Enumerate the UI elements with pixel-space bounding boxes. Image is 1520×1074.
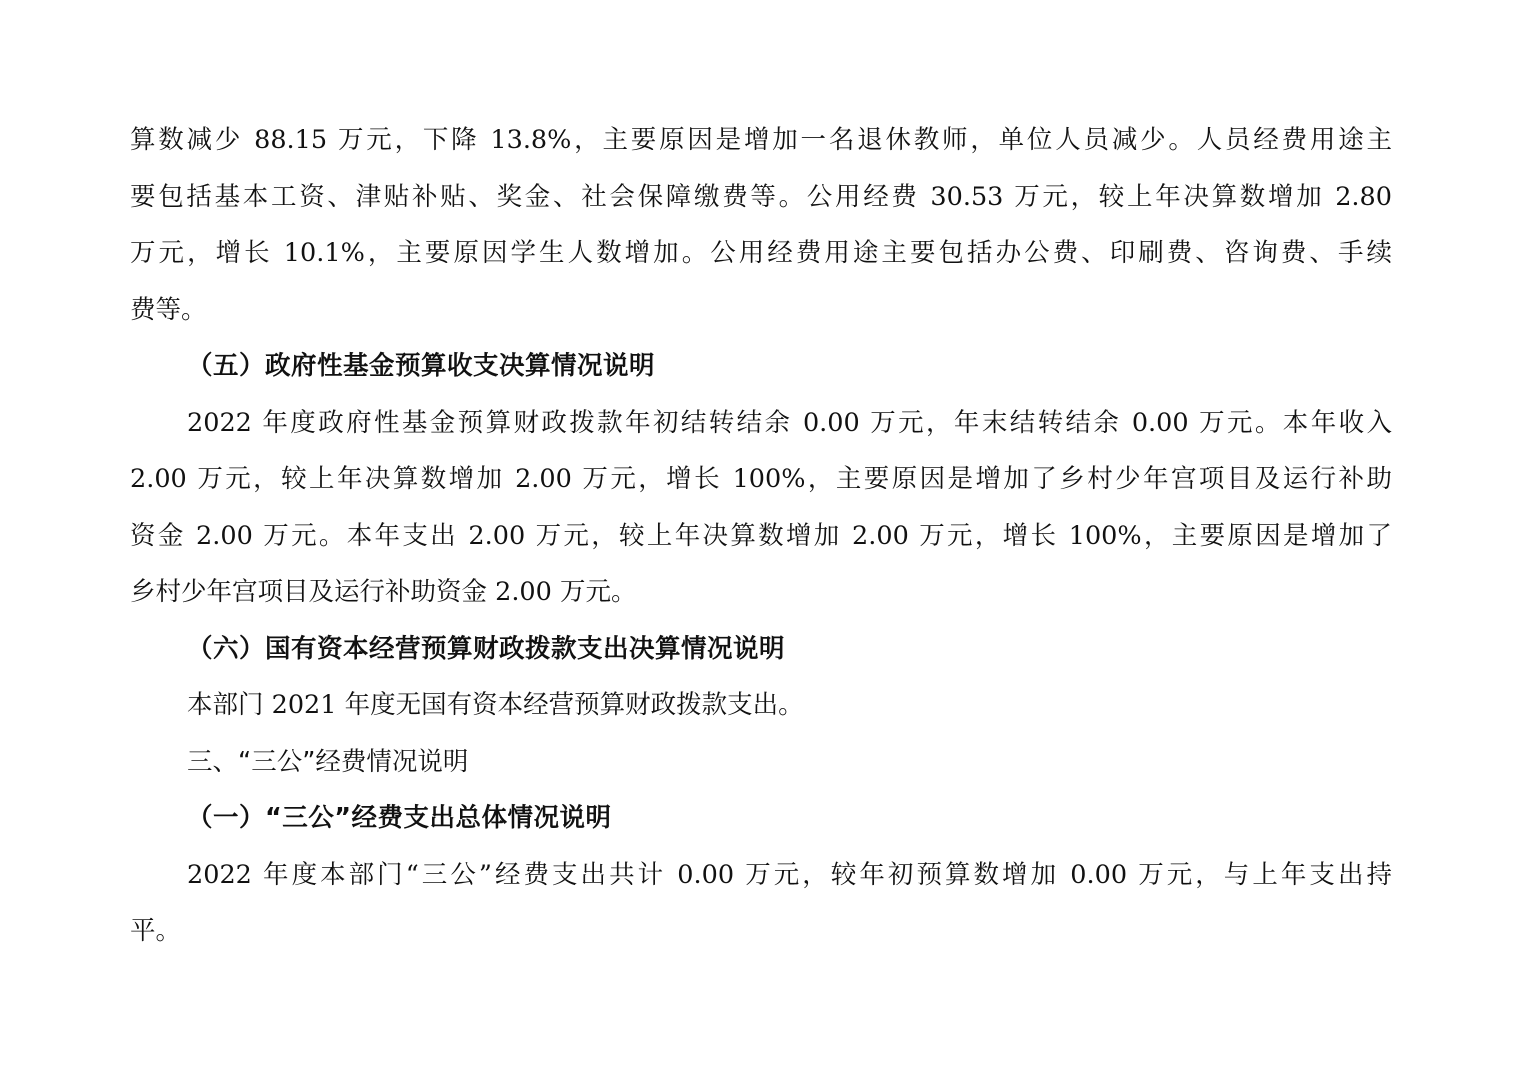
- document-page: 算数减少 88.15 万元，下降 13.8%，主要原因是增加一名退休教师，单位人…: [130, 112, 1392, 960]
- text-line: 算数减少 88.15 万元，下降 13.8%，主要原因是增加一名退休教师，单位人…: [130, 112, 1392, 169]
- text-line: 2.00 万元，较上年决算数增加 2.00 万元，增长 100%，主要原因是增加…: [130, 451, 1392, 508]
- text-line: 费等。: [130, 282, 1392, 339]
- text-line: 万元，增长 10.1%，主要原因学生人数增加。公用经费用途主要包括办公费、印刷费…: [130, 225, 1392, 282]
- text-line: 2022 年度本部门“三公”经费支出共计 0.00 万元，较年初预算数增加 0.…: [130, 847, 1392, 904]
- paragraph-personnel-public-expenses: 算数减少 88.15 万元，下降 13.8%，主要原因是增加一名退休教师，单位人…: [130, 112, 1392, 338]
- heading-state-capital-budget: （六）国有资本经营预算财政拨款支出决算情况说明: [130, 621, 1392, 678]
- subheading-three-public-overall: （一）“三公”经费支出总体情况说明: [130, 790, 1392, 847]
- text-line: 乡村少年宫项目及运行补助资金 2.00 万元。: [130, 564, 1392, 621]
- text-line: 平。: [130, 903, 1392, 960]
- paragraph-state-capital-budget: 本部门 2021 年度无国有资本经营预算财政拨款支出。: [130, 677, 1392, 734]
- text-line: 要包括基本工资、津贴补贴、奖金、社会保障缴费等。公用经费 30.53 万元，较上…: [130, 169, 1392, 226]
- paragraph-three-public-overall: 2022 年度本部门“三公”经费支出共计 0.00 万元，较年初预算数增加 0.…: [130, 847, 1392, 960]
- section-heading-three-public-expenses: 三、“三公”经费情况说明: [130, 734, 1392, 791]
- text-line: 资金 2.00 万元。本年支出 2.00 万元，较上年决算数增加 2.00 万元…: [130, 508, 1392, 565]
- text-line: 2022 年度政府性基金预算财政拨款年初结转结余 0.00 万元，年末结转结余 …: [130, 395, 1392, 452]
- paragraph-government-fund-budget: 2022 年度政府性基金预算财政拨款年初结转结余 0.00 万元，年末结转结余 …: [130, 395, 1392, 621]
- heading-government-fund-budget: （五）政府性基金预算收支决算情况说明: [130, 338, 1392, 395]
